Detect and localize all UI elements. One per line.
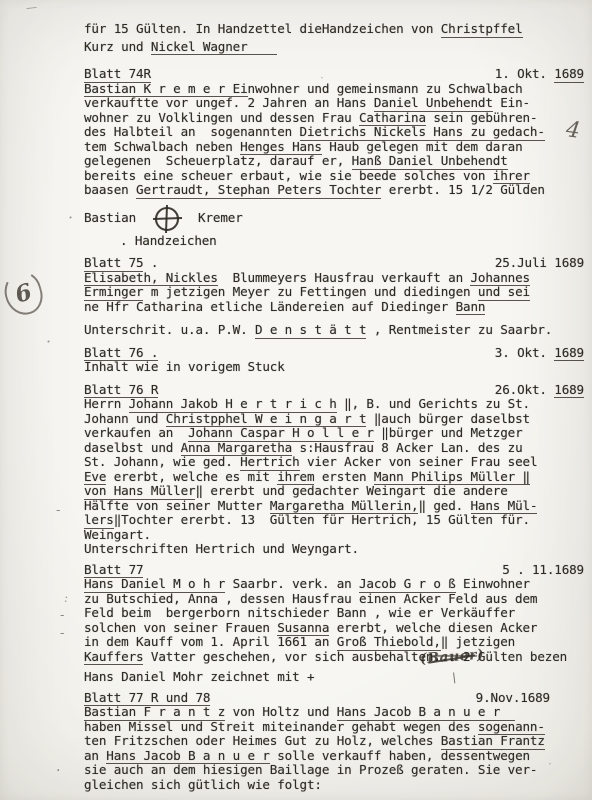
underlined-text-segment: 1689 [554,66,584,83]
text-segment: ererbt, welche es mit [106,469,277,484]
text-line: Weingart. [84,528,584,543]
text-line: St. Johann, wie ged. Hertrich vier Acker… [84,455,584,470]
handzeichen-signature-line: BastianKremer [84,204,584,234]
text-line: Feld beim bergerborn nitschieder Bann , … [84,606,584,621]
text-segment: baasen [84,182,136,197]
entry-date: 5 . 11.1689 [502,563,584,578]
text-line: lers‖Tochter ererbt. 13 Gülten für Hertr… [84,513,584,528]
text-segment: m jetzigen Meyer zu Fettingen und diedin… [143,284,477,299]
text-segment: Bastian [84,211,136,226]
text-line: Herrn Johann Jakob H e r t r i c h ‖, B.… [84,397,584,412]
line-text: Blatt 77 R und 78 [84,691,210,706]
line-text: Blatt 74R [84,67,151,82]
text-segment: Weingart. [84,527,151,542]
line-text: Blatt 76 . [84,346,158,361]
line-text: Blatt 77 [84,563,143,578]
scanned-document-page: für 15 Gülten. In Handzettel dieHandzeic… [0,0,592,800]
text-segment: in dem Kauff vom 1. April 1661 an [84,634,337,649]
entry-date: 26.Okt. 1689 [495,383,584,398]
text-segment: ‖ ged. [418,498,470,513]
underlined-text-segment: Kauffers [84,649,143,666]
text-segment: des Halbteil an sogenannten [84,124,300,139]
handwritten-six-mark: 6 [0,268,47,320]
text-segment: Unterschrit. u.a. P.W. [84,322,255,337]
line-text: sie auch an dem hiesigen Baillage in Pro… [84,762,537,777]
text-segment: ‖auch bürger daselbst [366,411,530,426]
margin-dash-mark: - [60,609,64,622]
text-segment: gelegenen Scheuerplatz, darauf er, [84,153,352,168]
text-segment: Haub gelegen mit dem daran [322,139,523,154]
text-segment: ererbt, welche diesen Acker [329,620,537,635]
text-line: solchen von seiner Frauen Susanna ererbt… [84,621,584,636]
text-segment: verkauftte vor ungef. 2 Jahren an Hans [84,95,374,110]
text-line: wohner zu Volklingen und dessen Frau Cat… [84,111,584,126]
text-segment: St. Johann, wie ged. [84,454,240,469]
speck-mark: · [320,72,324,84]
line-text: Weingart. [84,527,151,542]
text-segment: vier Acker von seiner Frau seel [300,454,538,469]
text-segment: ‖, B. und Gerichts zu St. [337,396,530,411]
text-segment: verkaufen an [84,425,188,440]
text-segment: tem Schwalbach neben [84,139,240,154]
speck-mark: · [548,758,552,770]
text-segment: bereits eine scheuer erbaut, wie sie bee… [84,168,493,183]
text-segment: von Holtz und [225,704,336,719]
text-segment: Blummeyers Hausfrau verkauft an [218,270,471,285]
line-text: Unterschrit. u.a. P.W. D e n s t ä t t ,… [84,322,552,339]
text-line: Hans Daniel Mohr zeichnet mit + [84,670,584,685]
underlined-text-segment: Bann [456,299,486,316]
text-segment: s:Hausfrau 8 Acker Lan. des zu [292,440,522,455]
text-segment: gleichen sich gütlich wie folgt: [84,777,322,792]
text-segment: Unterschriften Hertrich und Weyngart. [84,541,359,556]
text-line: zu Butschied, Anna , dessen Hausfrau ein… [84,592,584,607]
margin-dot-mark: · [68,210,73,226]
text-segment: Inhalt wie in vorigem Stuck [84,359,285,374]
line-text: Kurz und Nickel Wagner [84,39,277,56]
top-left-dash-mark: — [25,1,37,13]
text-line: Inhalt wie in vorigem Stuck [84,360,584,375]
text-segment: solle verkauff haben, dessentwegen [270,748,530,763]
line-text: für 15 Gülten. In Handzettel dieHandzeic… [84,21,523,38]
entry-heading-line: Blatt 76 R26.Okt. 1689 [84,383,584,398]
text-segment: Ein- [493,95,530,110]
line-text: Hans Daniel Mohr zeichnet mit + [84,669,314,684]
entry-heading-line: Blatt 75 .25.Juli 1689 [84,256,584,271]
text-segment: Herrn [84,396,129,411]
text-line: Bastian K r e m e r Einwohner und gemein… [84,82,584,97]
text-segment: sein gebühren- [426,110,537,125]
text-line: . Handzeichen [84,234,584,249]
line-text: Inhalt wie in vorigem Stuck [84,359,285,374]
margin-dash-mark: - [56,504,60,517]
text-line: des Halbteil an sogenannten Dietrichs Ni… [84,125,584,140]
text-segment: Kurz und [84,39,151,54]
underlined-text-segment: 1689 [554,345,584,362]
text-line: Johann und Christpphel W e i n g a r t ‖… [84,412,584,427]
text-segment: 3. Okt. [495,345,554,360]
line-text: Blatt 75 . [84,256,158,271]
document-content: für 15 Gülten. In Handzettel dieHandzeic… [84,16,584,792]
text-segment: haben Missel und Streit miteinander geha… [84,719,478,734]
text-line: Kauffers Vatter geschehen, vor sich ausb… [84,650,584,665]
entry-heading-line: Blatt 775 . 11.1689 [84,563,584,578]
text-line: sie auch an dem hiesigen Baillage in Pro… [84,763,584,778]
entry-date: 9.Nov.1689 [476,691,584,706]
entry-heading-line: Blatt 74R1. Okt. 1689 [84,67,584,82]
underlined-text-segment: Nickel Wagner [151,39,248,56]
text-segment: ‖Tochter ererbt. 13 Gülten für Hertrich,… [114,512,530,527]
handzeichen-cross-icon [149,204,185,234]
text-line: Kurz und Nickel Wagner [84,40,584,55]
line-text: baasen Gertraudt, Stephan Peters Tochter… [84,182,545,199]
text-line: tem Schwalbach neben Henges Hans Haub ge… [84,140,584,155]
text-segment: Hälfte von seiner Mutter [84,498,270,513]
text-segment: ‖bürger und Metzger [374,425,523,440]
text-line: Erminger m jetzigen Meyer zu Fettingen u… [84,285,584,300]
line-text: . Handzeichen [120,233,217,248]
text-segment: sie auch an dem hiesigen Baillage in Pro… [84,762,537,777]
text-segment: Hans Daniel Mohr zeichnet mit + [84,669,314,684]
text-segment: . Handzeichen [120,233,217,248]
text-line: ne Hfr Catharina etliche Ländereien auf … [84,300,584,315]
margin-dot-mark: . [56,760,60,774]
text-segment: 1. Okt. [495,66,554,81]
text-segment: 26.Okt. [495,382,554,397]
line-text: gleichen sich gütlich wie folgt: [84,777,322,792]
entry-heading-line: Blatt 76 .3. Okt. 1689 [84,346,584,361]
text-segment: wohner zu Volklingen und dessen Frau [84,110,359,125]
line-text: Feld beim bergerborn nitschieder Bann , … [84,605,515,620]
text-line: in dem Kauff vom 1. April 1661 an Groß T… [84,635,584,650]
text-segment: Einwohner [456,576,530,591]
text-line: Elisabeth, Nickles Blummeyers Hausfrau v… [84,271,584,286]
text-line: Eve ererbt, welche es mit ihrem ersten M… [84,470,584,485]
underlined-text-segment: 1689 [554,382,584,399]
text-line: an Hans Jacob B a n u e r solle verkauff… [84,749,584,764]
underlined-text-segment: Christpffel [441,21,523,38]
text-segment: für 15 Gülten. In Handzettel dieHandzeic… [84,21,441,36]
text-segment: ne Hfr Catharina etliche Ländereien auf … [84,299,456,314]
text-segment: ersten [314,469,373,484]
text-segment: solchen von seiner Frauen [84,620,277,635]
text-segment: daselbst und [84,440,181,455]
line-text: zu Butschied, Anna , dessen Hausfrau ein… [84,591,537,606]
text-segment: nwohner und gemeinsmann zu Schwalbach [248,81,523,96]
text-line: von Hans Müller‖ ererbt und gedachter We… [84,484,584,499]
text-line: verkaufen an Johann Caspar H o l l e r ‖… [84,426,584,441]
margin-colon-mark: : [64,592,68,604]
text-line: für 15 Gülten. In Handzettel dieHandzeic… [84,22,584,37]
text-line: ten Fritzschen oder Heimes Gut zu Holz, … [84,734,584,749]
backslash-mark: \ [452,672,456,685]
text-line: gleichen sich gütlich wie folgt: [84,778,584,793]
text-segment: ten Fritzschen oder Heimes Gut zu Holz, … [84,733,441,748]
line-text: Unterschriften Hertrich und Weyngart. [84,541,359,556]
line-text: Blatt 76 R [84,383,158,398]
text-segment: Vatter geschehen, vor sich ausbehalten..… [143,649,567,664]
text-line: daselbst und Anna Margaretha s:Hausfrau … [84,441,584,456]
underlined-text-segment: Gertraudt, Stephan Peters Tochter [136,182,381,199]
text-line: Unterschriften Hertrich und Weyngart. [84,542,584,557]
margin-dash-mark: - [60,627,64,640]
text-segment: . [143,255,158,270]
line-text: ne Hfr Catharina etliche Ländereien auf … [84,299,485,316]
text-segment: zu Butschied, Anna , dessen Hausfrau ein… [84,591,537,606]
text-line: baasen Gertraudt, Stephan Peters Tochter… [84,183,584,198]
entry-heading-line: Blatt 77 R und 789.Nov.1689 [84,691,584,706]
entry-date: 3. Okt. 1689 [495,346,584,361]
entry-date: 1. Okt. 1689 [495,67,584,82]
text-segment: ‖ ererbt und gedachter Weingart die ande… [195,483,507,498]
text-line: Bastian F r a n t z von Holtz und Hans J… [84,705,584,720]
text-line: Unterschrit. u.a. P.W. D e n s t ä t t ,… [84,323,584,338]
text-segment: ererbt. 15 1/2 Gülden [381,182,545,197]
underlined-text-segment [248,39,278,56]
text-line: gelegenen Scheuerplatz, darauf er, Hanß … [84,154,584,169]
margin-dot-mark: · [46,334,51,350]
speck-mark: · [500,744,504,756]
text-line: verkauftte vor ungef. 2 Jahren an Hans D… [84,96,584,111]
line-text: Kauffers Vatter geschehen, vor sich ausb… [84,649,567,666]
text-segment: Kremer [198,211,243,226]
text-segment: Saarbr. verk. an [225,576,359,591]
text-segment: Johann und [84,411,166,426]
text-line: haben Missel und Streit miteinander geha… [84,720,584,735]
text-segment: an [84,748,106,763]
underlined-text-segment: D e n s t ä t t [255,322,366,339]
text-segment: , Rentmeister zu Saarbr. [366,322,552,337]
text-segment: Feld beim bergerborn nitschieder Bann , … [84,605,515,620]
text-line: bereits eine scheuer erbaut, wie sie bee… [84,169,584,184]
entry-date: 25.Juli 1689 [495,256,584,271]
underlined-text-segment: und sei [478,284,530,301]
text-line: Hans Daniel M o h r Saarbr. verk. an Jac… [84,577,584,592]
text-line: Hälfte von seiner Mutter Margaretha Müll… [84,499,584,514]
